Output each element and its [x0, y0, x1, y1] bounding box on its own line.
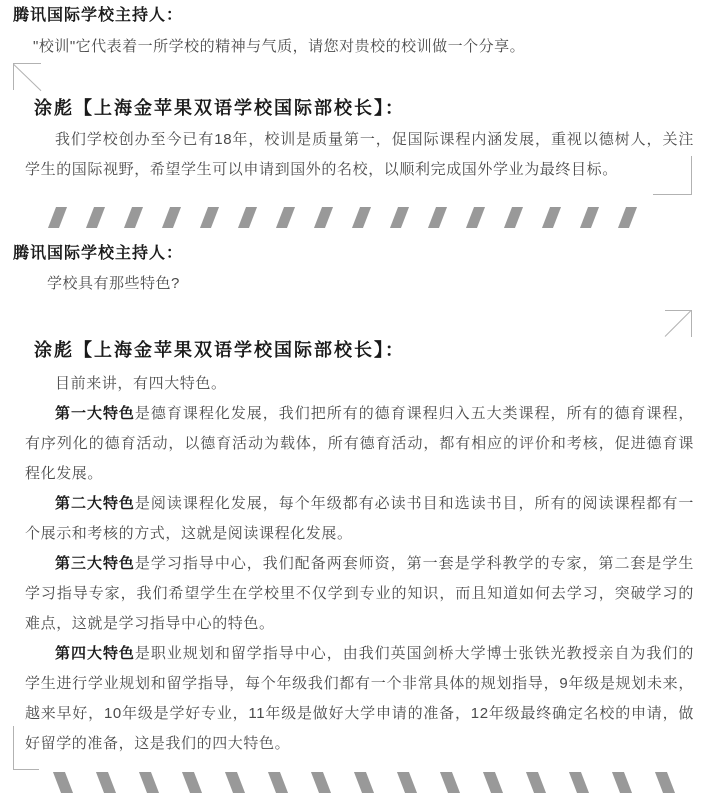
slash-mark	[276, 207, 295, 228]
corner-bracket-top-right-icon	[665, 310, 692, 337]
slash-mark	[580, 207, 599, 228]
answer-paragraph: 第二大特色是阅读课程化发展，每个年级都有必读书目和选读书目，所有的阅读课程都有一…	[25, 489, 694, 549]
slash-mark	[542, 207, 561, 228]
corner-diagonal-line	[665, 310, 692, 337]
slash-mark	[526, 772, 546, 793]
slash-mark	[48, 207, 67, 228]
slash-mark	[200, 207, 219, 228]
slash-mark	[225, 772, 245, 793]
answer2-paragraphs: 第一大特色是德育课程化发展，我们把所有的德育课程归入五大类课程，所有的德育课程，…	[25, 399, 694, 759]
slash-mark	[354, 772, 374, 793]
slash-mark	[139, 772, 159, 793]
corner-bracket-bottom-left-icon	[13, 726, 39, 770]
speaker-heading-1: 涂彪【上海金苹果双语学校国际部校长】：	[34, 95, 703, 121]
question-text-1: "校训"它代表着一所学校的精神与气质，请您对贵校的校训做一个分享。	[0, 36, 703, 58]
corner-bracket-top-left-icon	[13, 63, 41, 90]
slash-mark	[569, 772, 589, 793]
answer-block-2: 目前来讲，有四大特色。 第一大特色是德育课程化发展，我们把所有的德育课程归入五大…	[25, 369, 694, 759]
slash-mark	[428, 207, 447, 228]
slash-mark	[612, 772, 632, 793]
slash-mark	[466, 207, 485, 228]
slash-mark	[86, 207, 105, 228]
slash-mark	[311, 772, 331, 793]
slash-divider-bottom	[57, 772, 703, 793]
slash-mark	[268, 772, 288, 793]
slash-mark	[124, 207, 143, 228]
slash-mark	[96, 772, 116, 793]
speaker-heading-2: 涂彪【上海金苹果双语学校国际部校长】：	[34, 337, 703, 363]
slash-mark	[53, 772, 73, 793]
answer-intro: 目前来讲，有四大特色。	[25, 369, 694, 399]
slash-mark	[504, 207, 523, 228]
slash-mark	[352, 207, 371, 228]
corner-bracket-bottom-right-icon	[653, 156, 692, 195]
interview-transcript-page: 腾讯国际学校主持人： "校训"它代表着一所学校的精神与气质，请您对贵校的校训做一…	[0, 4, 703, 803]
slash-mark	[390, 207, 409, 228]
answer-paragraph: 第三大特色是学习指导中心，我们配备两套师资，第一套是学科教学的专家，第二套是学生…	[25, 549, 694, 639]
host-heading-1: 腾讯国际学校主持人：	[13, 4, 703, 28]
slash-divider-top	[52, 207, 703, 228]
slash-mark	[483, 772, 503, 793]
answer-paragraph: 第四大特色是职业规划和留学指导中心，由我们英国剑桥大学博士张铁光教授亲自为我们的…	[25, 639, 694, 759]
slash-mark	[397, 772, 417, 793]
answer-block-1: 我们学校创办至今已有18年，校训是质量第一，促国际课程内涵发展，重视以德树人，关…	[25, 125, 694, 185]
feature-lead: 第三大特色	[55, 555, 135, 572]
host-heading-2: 腾讯国际学校主持人：	[13, 242, 703, 266]
question-text-2: 学校具有那些特色?	[0, 273, 703, 295]
slash-mark	[238, 207, 257, 228]
slash-mark	[618, 207, 637, 228]
feature-lead: 第二大特色	[55, 495, 135, 512]
feature-lead: 第四大特色	[55, 645, 135, 662]
answer-paragraph: 我们学校创办至今已有18年，校训是质量第一，促国际课程内涵发展，重视以德树人，关…	[25, 125, 694, 185]
slash-mark	[440, 772, 460, 793]
answer-paragraph: 第一大特色是德育课程化发展，我们把所有的德育课程归入五大类课程，所有的德育课程，…	[25, 399, 694, 489]
corner-diagonal-line	[13, 64, 41, 91]
slash-mark	[162, 207, 181, 228]
slash-mark	[655, 772, 675, 793]
slash-mark	[314, 207, 333, 228]
feature-lead: 第一大特色	[55, 405, 135, 422]
slash-mark	[182, 772, 202, 793]
